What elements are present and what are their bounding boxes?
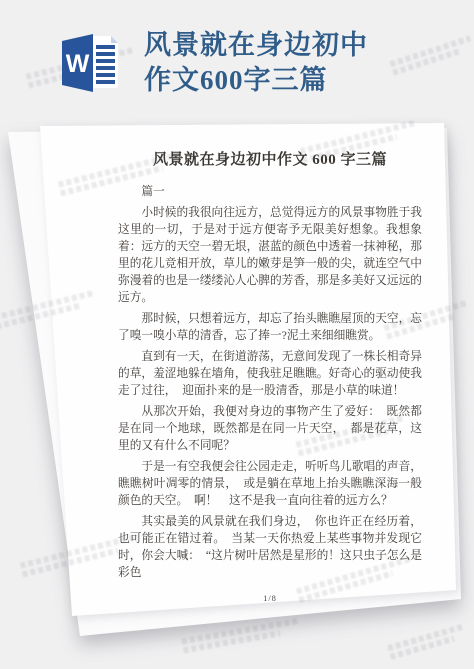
essay-paragraph: 直到有一天，在街道游荡，无意间发现了一株长相奇异的草，羞涩地躲在墙角，使我驻足瞧… [118, 348, 422, 399]
essay-section-label: 篇一 [118, 183, 422, 200]
word-icon-fold [111, 36, 118, 43]
word-file-icon: W [60, 32, 120, 94]
header: W 风景就在身边初中 作文600字三篇 [60, 28, 368, 98]
template-preview-screen: W 风景就在身边初中 作文600字三篇 风景就在身边初中作文 600 字三篇 篇… [0, 0, 474, 669]
word-icon-letter: W [66, 50, 90, 78]
essay-paragraph: 小时候的我很向往远方，总觉得远方的风景事物胜于我这里的一切，于是对于远方便寄予无… [118, 204, 422, 306]
essay-paragraph: 那时候，只想着远方，却忘了抬头瞧瞧屋顶的天空，忘了嗅一嗅小草的清香，忘了捧一?泥… [118, 310, 422, 344]
document-body: 风景就在身边初中作文 600 字三篇 篇一 小时候的我很向往远方，总觉得远方的风… [118, 152, 422, 607]
document-page[interactable]: 风景就在身边初中作文 600 字三篇 篇一 小时候的我很向往远方，总觉得远方的风… [0, 0, 474, 669]
page-title-line: 作文600字三篇 [144, 63, 368, 98]
page-indicator: 1/8 [118, 590, 422, 607]
document-title: 风景就在身边初中作文 600 字三篇 [118, 152, 422, 169]
essay-paragraph: 其实最美的风景就在我们身边， 你也许正在经历着，也可能正在错过着。 当某一天你热… [118, 513, 422, 581]
page-title-line: 风景就在身边初中 [144, 28, 368, 63]
essay-paragraph: 于是一有空我便会往公园走走，听听鸟儿歌唱的声音，瞧瞧树叶凋零的情景， 或是躺在草… [118, 458, 422, 509]
page-title: 风景就在身边初中 作文600字三篇 [144, 28, 368, 98]
essay-paragraph: 从那次开始，我便对身边的事物产生了爱好： 既然都是在同一个地球，既然都是在同一片… [118, 403, 422, 454]
